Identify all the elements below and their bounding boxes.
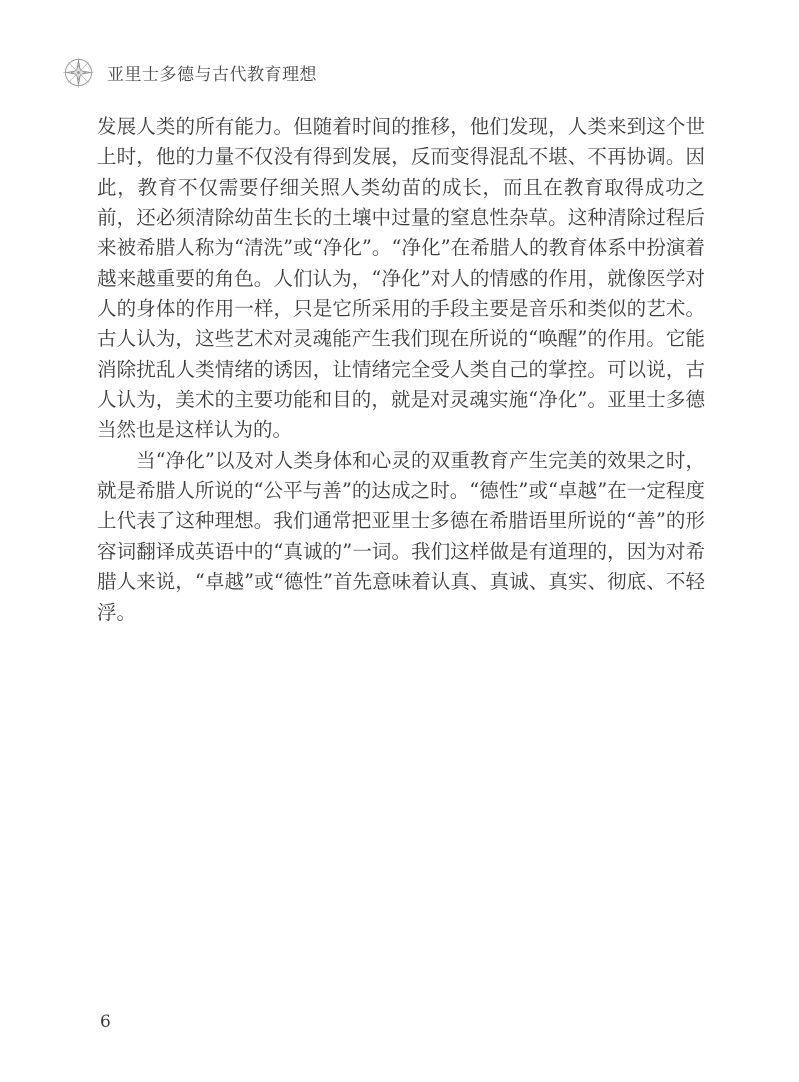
book-page: 亚里士多德与古代教育理想 发展人类的所有能力。但随着时间的推移，他们发现，人类来… (0, 0, 799, 1082)
page-body: 发展人类的所有能力。但随着时间的推移，他们发现，人类来到这个世上时，他的力量不仅… (97, 112, 705, 628)
running-header: 亚里士多德与古代教育理想 (62, 56, 317, 89)
page-number: 6 (100, 1012, 111, 1032)
compass-rose-icon (62, 56, 95, 89)
page-footer: 6 (100, 1012, 111, 1032)
paragraph-1: 发展人类的所有能力。但随着时间的推移，他们发现，人类来到这个世上时，他的力量不仅… (97, 112, 705, 446)
paragraph-2: 当“净化”以及对人类身体和心灵的双重教育产生完美的效果之时，就是希腊人所说的“公… (97, 446, 705, 628)
book-title: 亚里士多德与古代教育理想 (107, 60, 317, 85)
